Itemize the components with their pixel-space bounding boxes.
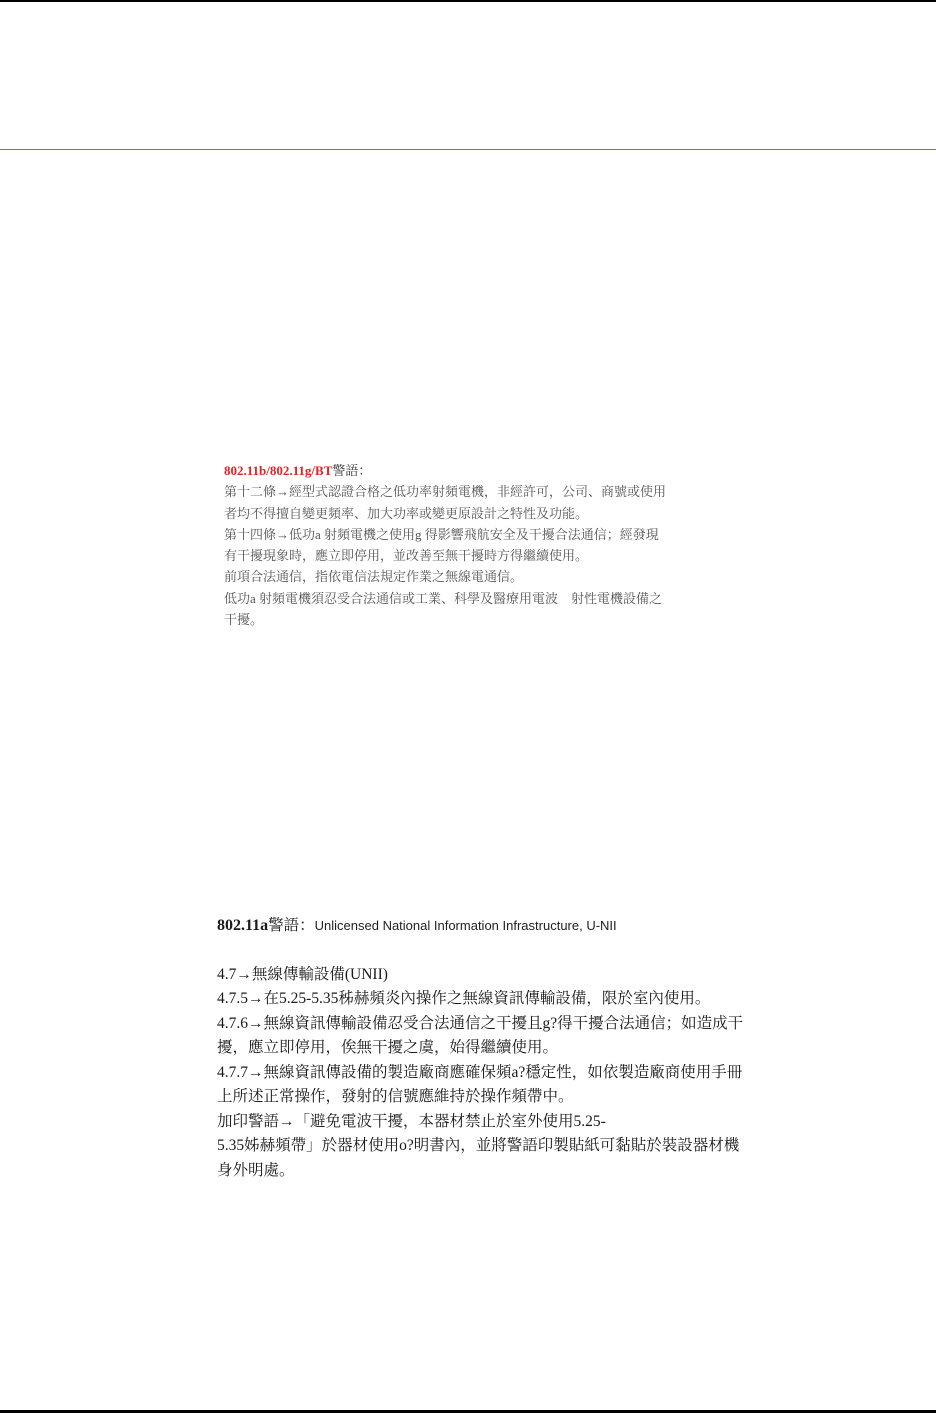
paragraph-line: 4.7.7→無線資訊傳設備的製造廠商應確保頻a?穩定性，如依製造廠商使用手冊 (217, 1061, 792, 1086)
paragraph-line: 者均不得擅自變更頻率、加大功率或變更原設計之特性及功能。 (224, 503, 724, 524)
section-802-11a-warning: 802.11a警語：Unlicensed National Informatio… (217, 914, 792, 1183)
heading-standard-label: 802.11b/802.11g/BT (224, 463, 332, 478)
paragraph-line: 有干擾現象時，應立即停用，並改善至無干擾時方得繼續使用。 (224, 545, 724, 566)
paragraph-line: 第十二條→經型式認證合格之低功率射頻電機，非經許可，公司、商號或使用 (224, 481, 724, 502)
paragraph-line: 4.7.5→在5.25-5.35秭赫頻炎內操作之無線資訊傳輸設備，限於室內使用。 (217, 987, 792, 1012)
paragraph-line: 低功a 射頻電機須忍受合法通信或工業、科學及醫療用電波 射性電機設備之 (224, 588, 724, 609)
paragraph-line: 5.35姊赫頻帶」於器材使用o?明書內，並將警語印製貼紙可黏貼於裝設器材機 (217, 1134, 792, 1159)
heading-unii-label: Unlicensed National Information Infrastr… (315, 918, 617, 933)
heading-warning-label: 警語： (268, 917, 315, 934)
paragraph-line: 擾，應立即停用，俟無干擾之虞，始得繼續使用。 (217, 1036, 792, 1061)
heading-warning-label: 警語： (332, 463, 371, 478)
heading-standard-label: 802.11a (217, 917, 268, 934)
page-top-border (0, 0, 936, 2)
paragraph-line: 4.7→無線傳輸設備(UNII) (217, 963, 792, 988)
section-802-11bg-bt-warning: 802.11b/802.11g/BT警語： 第十二條→經型式認證合格之低功率射頻… (224, 460, 724, 630)
paragraph-line: 加印警語→「避免電波干擾，本器材禁止於室外使用5.25- (217, 1110, 792, 1135)
header-divider (0, 149, 936, 150)
paragraph-line: 上所述正常操作，發射的信號應維持於操作頻帶中。 (217, 1085, 792, 1110)
section-heading: 802.11a警語：Unlicensed National Informatio… (217, 914, 792, 939)
paragraph-line: 干擾。 (224, 609, 724, 630)
section-heading: 802.11b/802.11g/BT警語： (224, 460, 724, 481)
paragraph-line: 4.7.6→無線資訊傳輸設備忍受合法通信之干擾且g?得干擾合法通信；如造成干 (217, 1012, 792, 1037)
paragraph-line: 前項合法通信，指依電信法規定作業之無線電通信。 (224, 566, 724, 587)
paragraph-line: 第十四條→低功a 射頻電機之使用g 得影響飛航安全及干擾合法通信；經發現 (224, 524, 724, 545)
paragraph-line: 身外明處。 (217, 1159, 792, 1184)
